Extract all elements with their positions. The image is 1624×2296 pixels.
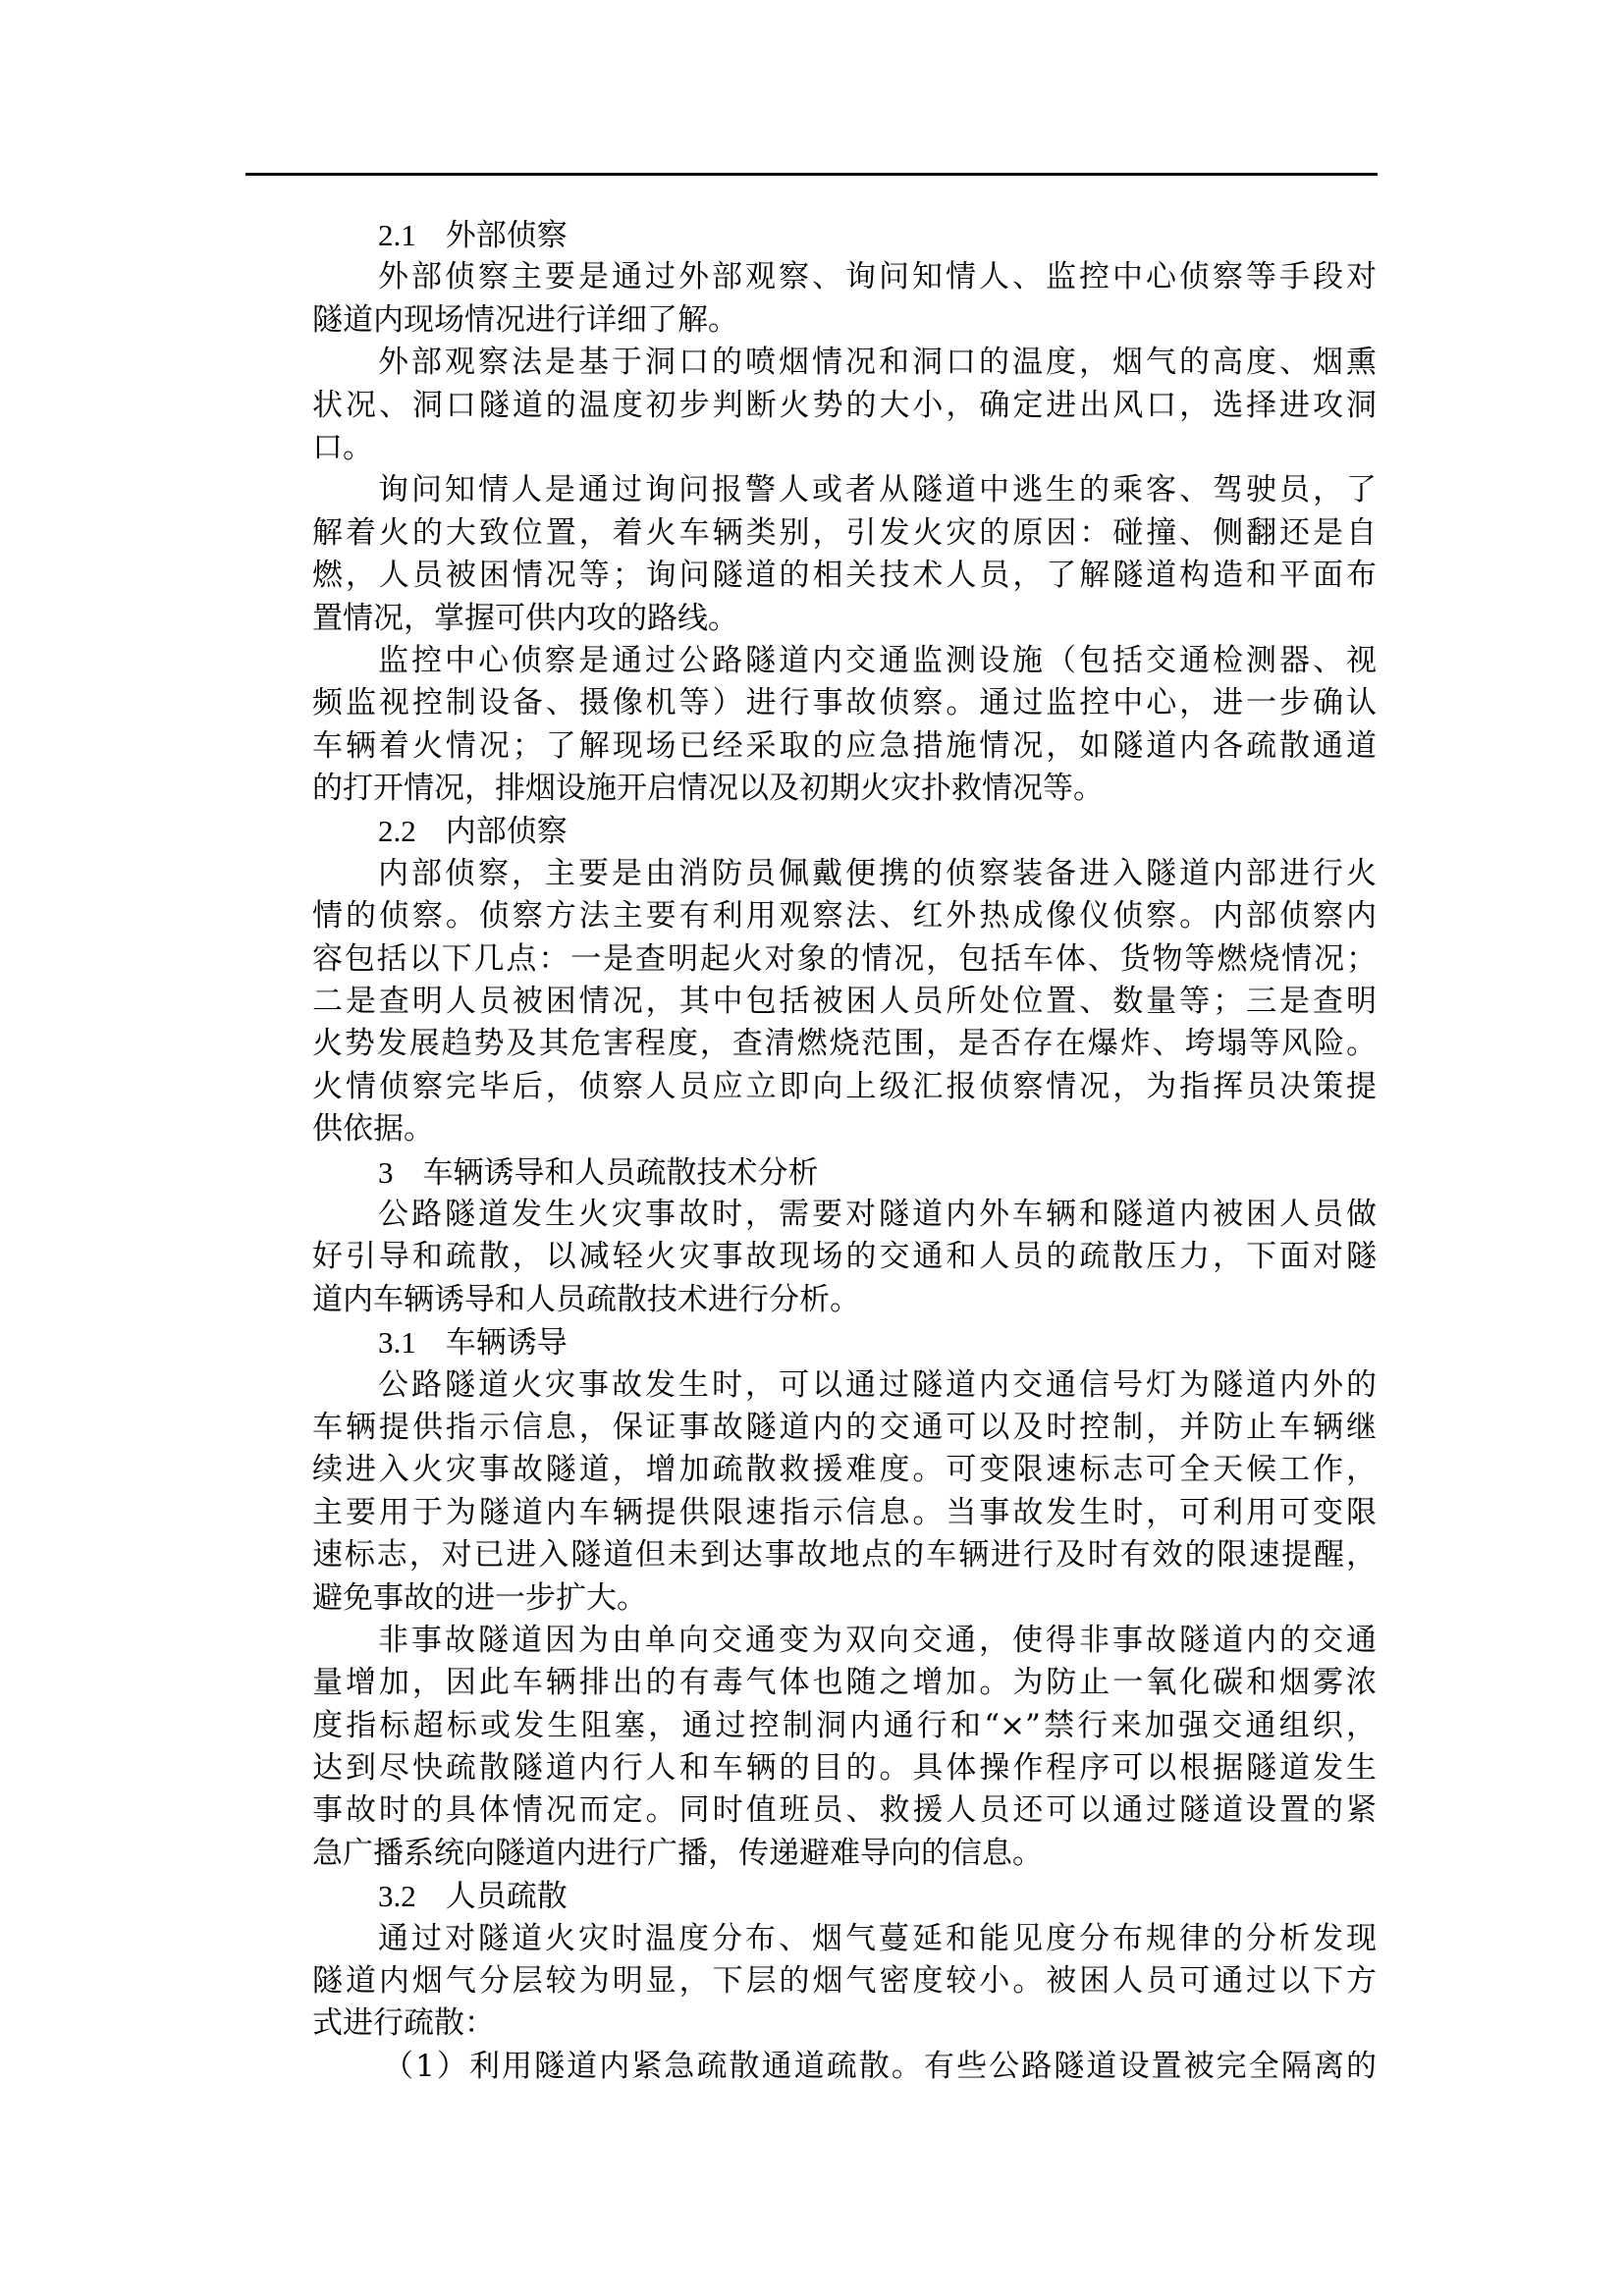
paragraph-line: 公路隧道发生火灾事故时，需要对隧道内外车辆和隧道内被困人员做 [312, 1194, 1377, 1236]
heading-number: 2.2 [378, 810, 416, 852]
section-heading-2-1: 2.1外部侦察 [312, 214, 1377, 256]
section-heading-3-2: 3.2人员疏散 [312, 1875, 1377, 1917]
paragraph-line: 度指标超标或发生阻塞，通过控制洞内通行和“×”禁行来加强交通组织， [312, 1705, 1377, 1747]
paragraph-line: 口。 [312, 427, 1377, 469]
header-rule [245, 173, 1378, 176]
paragraph-line: 车辆提供指示信息，保证事故隧道内的交通可以及时控制，并防止车辆继 [312, 1407, 1377, 1449]
paragraph-line: 外部观察法是基于洞口的喷烟情况和洞口的温度，烟气的高度、烟熏 [312, 342, 1377, 384]
paragraph-line: 置情况，掌握可供内攻的路线。 [312, 598, 1377, 640]
paragraph-line: 供依据。 [312, 1108, 1377, 1150]
paragraph-line: 隧道内现场情况进行详细了解。 [312, 299, 1377, 342]
paragraph-line: 道内车辆诱导和人员疏散技术进行分析。 [312, 1279, 1377, 1321]
paragraph-line: 公路隧道火灾事故发生时，可以通过隧道内交通信号灯为隧道内外的 [312, 1364, 1377, 1407]
paragraph-line: 避免事故的进一步扩大。 [312, 1577, 1377, 1620]
paragraph-line: 容包括以下几点：一是查明起火对象的情况，包括车体、货物等燃烧情况； [312, 938, 1377, 981]
paragraph-line: 的打开情况，排烟设施开启情况以及初期火灾扑救情况等。 [312, 768, 1377, 810]
heading-number: 3 [378, 1151, 394, 1194]
paragraph-line: 车辆着火情况；了解现场已经采取的应急措施情况，如隧道内各疏散通道 [312, 725, 1377, 768]
section-heading-2-2: 2.2内部侦察 [312, 810, 1377, 852]
paragraph-line: 情的侦察。侦察方法主要有利用观察法、红外热成像仪侦察。内部侦察内 [312, 895, 1377, 937]
paragraph-line: 隧道内烟气分层较为明显，下层的烟气密度较小。被困人员可通过以下方 [312, 1960, 1377, 2002]
paragraph-line: 急广播系统向隧道内进行广播，传递避难导向的信息。 [312, 1833, 1377, 1875]
heading-title: 人员疏散 [446, 1879, 568, 1914]
paragraph-line: 频监视控制设备、摄像机等）进行事故侦察。通过监控中心，进一步确认 [312, 682, 1377, 724]
paragraph-line: 速标志，对已进入隧道但未到达事故地点的车辆进行及时有效的限速提醒， [312, 1534, 1377, 1576]
paragraph-line: 解着火的大致位置，着火车辆类别，引发火灾的原因：碰撞、侧翻还是自 [312, 512, 1377, 555]
paragraph-line: 事故时的具体情况而定。同时值班员、救援人员还可以通过隧道设置的紧 [312, 1789, 1377, 1832]
paragraph-line: 非事故隧道因为由单向交通变为双向交通，使得非事故隧道内的交通 [312, 1620, 1377, 1662]
paragraph-line: 主要用于为隧道内车辆提供限速指示信息。当事故发生时，可利用可变限 [312, 1492, 1377, 1534]
section-heading-3-1: 3.1车辆诱导 [312, 1321, 1377, 1363]
heading-number: 2.1 [378, 214, 416, 256]
paragraph-line: 内部侦察，主要是由消防员佩戴便携的侦察装备进入隧道内部进行火 [312, 853, 1377, 895]
heading-number: 3.2 [378, 1875, 416, 1917]
list-item-line: （1）利用隧道内紧急疏散通道疏散。有些公路隧道设置被完全隔离的 [312, 2046, 1377, 2088]
paragraph-line: 通过对隧道火灾时温度分布、烟气蔓延和能见度分布规律的分析发现 [312, 1918, 1377, 1960]
heading-title: 车辆诱导和人员疏散技术分析 [423, 1155, 819, 1191]
section-heading-3: 3车辆诱导和人员疏散技术分析 [312, 1151, 1377, 1194]
paragraph-line: 外部侦察主要是通过外部观察、询问知情人、监控中心侦察等手段对 [312, 256, 1377, 298]
heading-title: 外部侦察 [446, 218, 568, 253]
heading-title: 内部侦察 [446, 814, 568, 849]
paragraph-line: 燃，人员被困情况等；询问隧道的相关技术人员，了解隧道构造和平面布 [312, 555, 1377, 597]
paragraph-line: 状况、洞口隧道的温度初步判断火势的大小，确定进出风口，选择进攻洞 [312, 385, 1377, 427]
paragraph-line: 好引导和疏散，以减轻火灾事故现场的交通和人员的疏散压力，下面对隧 [312, 1236, 1377, 1278]
paragraph-line: 监控中心侦察是通过公路隧道内交通监测设施（包括交通检测器、视 [312, 640, 1377, 682]
paragraph-line: 达到尽快疏散隧道内行人和车辆的目的。具体操作程序可以根据隧道发生 [312, 1747, 1377, 1789]
paragraph-line: 火势发展趋势及其危害程度，查清燃烧范围，是否存在爆炸、垮塌等风险。 [312, 1023, 1377, 1065]
paragraph-line: 询问知情人是通过询问报警人或者从隧道中逃生的乘客、驾驶员，了 [312, 469, 1377, 511]
paragraph-line: 式进行疏散： [312, 2002, 1377, 2045]
document-body: 2.1外部侦察 外部侦察主要是通过外部观察、询问知情人、监控中心侦察等手段对 隧… [312, 214, 1377, 2088]
paragraph-line: 二是查明人员被困情况，其中包括被困人员所处位置、数量等；三是查明 [312, 981, 1377, 1023]
paragraph-line: 续进入火灾事故隧道，增加疏散救援难度。可变限速标志可全天候工作， [312, 1449, 1377, 1491]
heading-number: 3.1 [378, 1321, 416, 1363]
paragraph-line: 火情侦察完毕后，侦察人员应立即向上级汇报侦察情况，为指挥员决策提 [312, 1066, 1377, 1108]
paragraph-line: 量增加，因此车辆排出的有毒气体也随之增加。为防止一氧化碳和烟雾浓 [312, 1662, 1377, 1704]
heading-title: 车辆诱导 [446, 1325, 568, 1361]
